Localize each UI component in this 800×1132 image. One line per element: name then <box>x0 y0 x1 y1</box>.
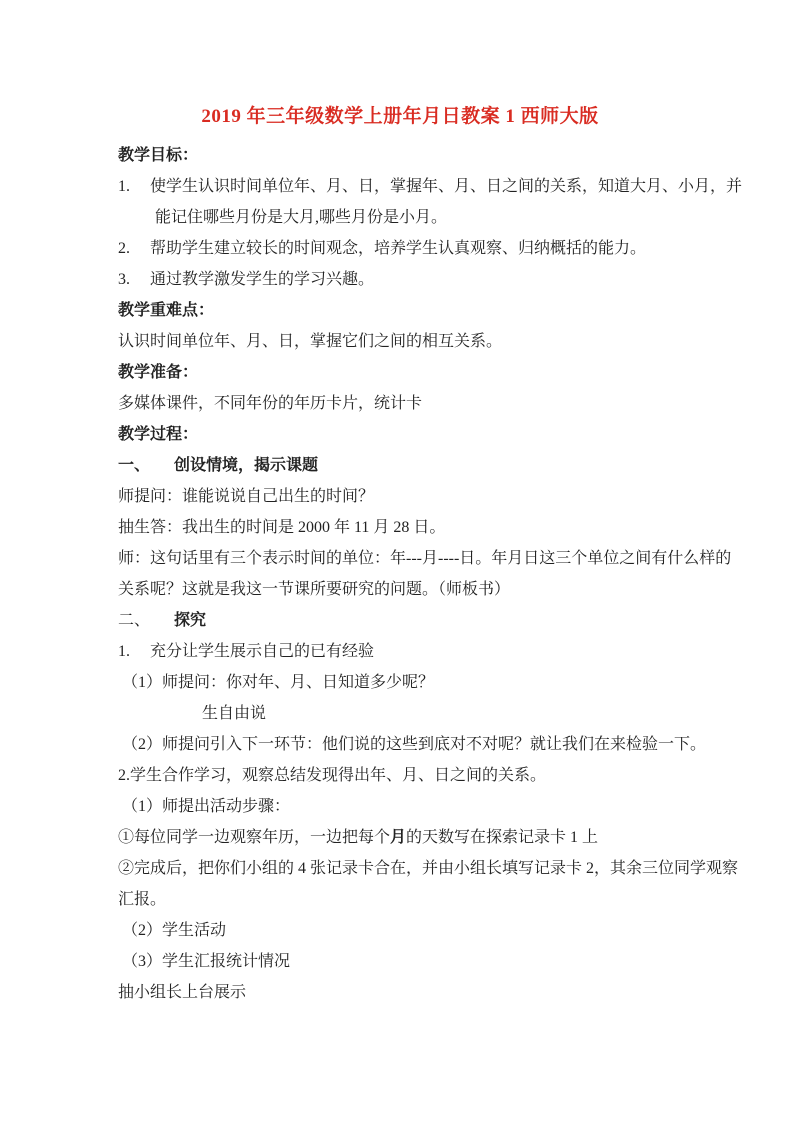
document-page: 2019 年三年级数学上册年月日教案 1 西师大版 教学目标：1. 使学生认识时… <box>0 0 800 1132</box>
text-segment: （2）学生活动 <box>122 922 226 939</box>
text-line: 3. 通过教学激发学生的学习兴趣。 <box>0 264 800 295</box>
text-line: 教学重难点： <box>0 295 800 326</box>
text-segment: 能记住哪些月份是大月,哪些月份是小月。 <box>155 209 447 226</box>
bold-text-segment: 月 <box>390 829 406 846</box>
text-segment: （3）学生汇报统计情况 <box>122 953 290 970</box>
text-segment: 师提问：谁能说说自己出生的时间？ <box>118 488 374 505</box>
text-segment: （2）师提问引入下一环节：他们说的这些到底对不对呢？就让我们在来检验一下。 <box>122 736 706 753</box>
text-segment: 1. 使学生认识时间单位年、月、日，掌握年、月、日之间的关系，知道大月、小月，并 <box>118 178 742 195</box>
text-line: 1. 使学生认识时间单位年、月、日，掌握年、月、日之间的关系，知道大月、小月，并 <box>0 171 800 202</box>
text-line: 关系呢？这就是我这一节课所要研究的问题。（师板书） <box>0 574 800 605</box>
bold-text-segment: 教学目标： <box>118 147 198 164</box>
text-line: 抽小组长上台展示 <box>0 977 800 1008</box>
text-line: （2）学生活动 <box>0 915 800 946</box>
text-segment: 3. 通过教学激发学生的学习兴趣。 <box>118 271 374 288</box>
text-segment: 多媒体课件，不同年份的年历卡片，统计卡 <box>118 395 422 412</box>
text-line: （1）师提问：你对年、月、日知道多少呢？ <box>0 667 800 698</box>
text-line: 多媒体课件，不同年份的年历卡片，统计卡 <box>0 388 800 419</box>
text-line: ②完成后，把你们小组的 4 张记录卡合在，并由小组长填写记录卡 2，其余三位同学… <box>0 853 800 884</box>
text-line: 一、 创设情境，揭示课题 <box>0 450 800 481</box>
text-line: 教学准备： <box>0 357 800 388</box>
text-line: （3）学生汇报统计情况 <box>0 946 800 977</box>
text-segment: （1）师提问：你对年、月、日知道多少呢？ <box>122 674 434 691</box>
text-segment: 抽小组长上台展示 <box>118 984 246 1001</box>
text-line: 师：这句话里有三个表示时间的单位：年---月----日。年月日这三个单位之间有什… <box>0 543 800 574</box>
text-segment: 关系呢？这就是我这一节课所要研究的问题。（师板书） <box>118 581 510 598</box>
text-line: 1. 充分让学生展示自己的已有经验 <box>0 636 800 667</box>
text-line: 师提问：谁能说说自己出生的时间？ <box>0 481 800 512</box>
text-line: （1）师提出活动步骤： <box>0 791 800 822</box>
text-line: 生自由说 <box>0 698 800 729</box>
text-segment: 2. 帮助学生建立较长的时间观念，培养学生认真观察、归纳概括的能力。 <box>118 240 646 257</box>
text-line: 教学过程： <box>0 419 800 450</box>
text-segment: 1. 充分让学生展示自己的已有经验 <box>118 643 374 660</box>
text-segment: 的天数写在探索记录卡 1 上 <box>406 829 598 846</box>
bold-text-segment: 探究 <box>174 612 206 629</box>
text-segment: 生自由说 <box>202 705 266 722</box>
document-body: 教学目标：1. 使学生认识时间单位年、月、日，掌握年、月、日之间的关系，知道大月… <box>0 140 800 1008</box>
text-line: 汇报。 <box>0 884 800 915</box>
bold-text-segment: 一、 创设情境，揭示课题 <box>118 457 318 474</box>
text-segment: ②完成后，把你们小组的 4 张记录卡合在，并由小组长填写记录卡 2，其余三位同学… <box>118 860 738 877</box>
text-segment: 2.学生合作学习，观察总结发现得出年、月、日之间的关系。 <box>118 767 546 784</box>
text-line: 抽生答：我出生的时间是 2000 年 11 月 28 日。 <box>0 512 800 543</box>
text-segment: 认识时间单位年、月、日，掌握它们之间的相互关系。 <box>118 333 502 350</box>
bold-text-segment: 教学准备： <box>118 364 198 381</box>
bold-text-segment: 教学重难点： <box>118 302 214 319</box>
text-line: 教学目标： <box>0 140 800 171</box>
text-line: 认识时间单位年、月、日，掌握它们之间的相互关系。 <box>0 326 800 357</box>
text-segment: ①每位同学一边观察年历，一边把每个 <box>118 829 390 846</box>
text-line: 能记住哪些月份是大月,哪些月份是小月。 <box>0 202 800 233</box>
text-line: 2.学生合作学习，观察总结发现得出年、月、日之间的关系。 <box>0 760 800 791</box>
text-line: 2. 帮助学生建立较长的时间观念，培养学生认真观察、归纳概括的能力。 <box>0 233 800 264</box>
text-segment: （1）师提出活动步骤： <box>122 798 290 815</box>
text-line: （2）师提问引入下一环节：他们说的这些到底对不对呢？就让我们在来检验一下。 <box>0 729 800 760</box>
text-segment: 师：这句话里有三个表示时间的单位：年---月----日。年月日这三个单位之间有什… <box>118 550 731 567</box>
document-title: 2019 年三年级数学上册年月日教案 1 西师大版 <box>0 0 800 130</box>
text-line: 二、 探究 <box>0 605 800 636</box>
text-segment: 抽生答：我出生的时间是 2000 年 11 月 28 日。 <box>118 519 445 536</box>
text-segment: 汇报。 <box>118 891 166 908</box>
text-segment: 二、 <box>118 612 174 629</box>
text-line: ①每位同学一边观察年历，一边把每个月的天数写在探索记录卡 1 上 <box>0 822 800 853</box>
bold-text-segment: 教学过程： <box>118 426 198 443</box>
